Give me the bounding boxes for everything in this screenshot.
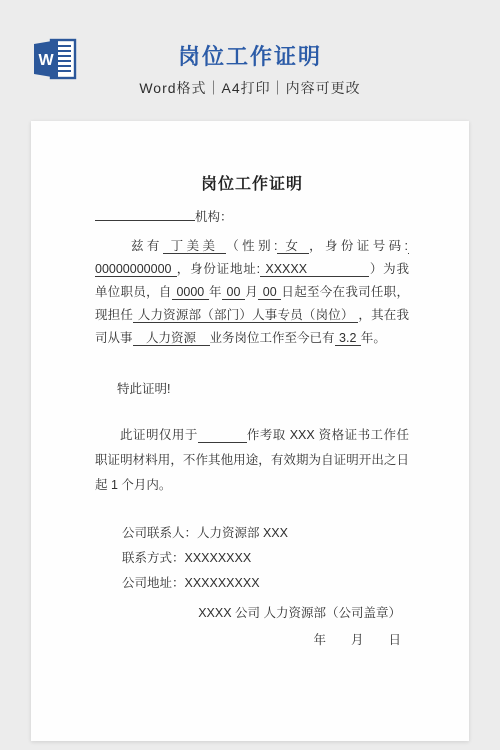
org-line: 机构： [95, 206, 409, 229]
body-text-segment: 年 [209, 285, 222, 299]
fill-in-blank: XXXXX [260, 262, 369, 277]
signature-date-line: 年 月 日 [95, 633, 401, 647]
word-icon: W [30, 36, 78, 82]
body-text-segment: （性别: [226, 239, 277, 253]
listing-header: W 岗位工作证明 Word格式｜A4打印｜内容可更改 [0, 0, 500, 121]
fill-in-blank: 0000 [172, 285, 209, 300]
body-text-segment: ，身份证地址: [177, 262, 260, 276]
word-logo-graphic: W [30, 36, 78, 82]
org-label: 机构： [195, 210, 233, 224]
body-text-segment: 兹有 [131, 239, 163, 253]
fill-in-blank: 人力资源 [133, 331, 210, 346]
signature-block: XXXX 公司 人力资源部（公司盖章） 年 月 日 [95, 606, 409, 647]
hereby-line: 特此证明! [95, 379, 409, 397]
body-text-segment: ，身份证号码: [309, 239, 408, 253]
purpose-paragraph: 此证明仅用于作考取 XXX 资格证书工作任职证明材料用，不作其他用途，有效期为自… [95, 423, 409, 498]
word-letter: W [38, 52, 54, 69]
contact-person-line: 公司联系人：人力资源部 XXX [122, 527, 409, 540]
document-paper: 岗位工作证明 机构： 兹有 丁美美 （性别: 女 ，身份证号码: 0000000… [31, 121, 469, 741]
document-title: 岗位工作证明 [95, 171, 409, 194]
fill-in-blank: 人力资源部（部门）人事专员（岗位） [133, 308, 358, 323]
body-text-segment: 年。 [361, 331, 386, 345]
certificate-body-paragraph: 兹有 丁美美 （性别: 女 ，身份证号码: 00000000000 ，身份证地址… [95, 235, 409, 350]
fill-in-blank: 女 [277, 239, 309, 254]
fill-in-blank: 00 [258, 285, 281, 300]
contact-address-line: 公司地址：XXXXXXXXX [122, 577, 409, 590]
contact-phone-line: 联系方式：XXXXXXXX [122, 552, 409, 565]
body-text-segment: 月 [245, 285, 258, 299]
body-text-segment: 业务岗位工作至今已有 [210, 331, 335, 345]
signature-company-line: XXXX 公司 人力资源部（公司盖章） [95, 606, 401, 620]
contact-block: 公司联系人：人力资源部 XXX 联系方式：XXXXXXXX 公司地址：XXXXX… [122, 527, 409, 590]
fill-in-blank: 3.2 [335, 331, 361, 346]
fill-in-blank [198, 428, 247, 443]
body-text-segment: 此证明仅用于 [120, 428, 198, 442]
fill-in-blank: 00 [222, 285, 245, 300]
org-blank-line [95, 206, 195, 221]
fill-in-blank: 丁美美 [163, 239, 226, 254]
